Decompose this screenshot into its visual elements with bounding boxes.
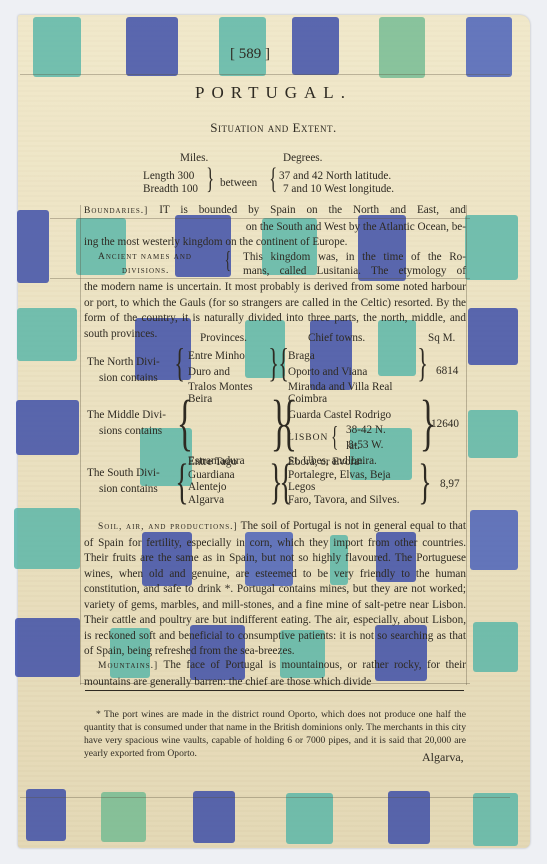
breadth-text: Breadth [143, 183, 178, 195]
province: Algarva [188, 494, 237, 507]
footnote-rule [85, 690, 464, 691]
soil-heading: Soil, air, and productions.] [98, 522, 238, 532]
watercolor-square [15, 618, 80, 677]
sq-m-value: 12640 [431, 417, 459, 433]
between-text: between [220, 176, 257, 192]
sq-m-value: 6814 [436, 364, 458, 380]
watercolor-square [465, 215, 518, 280]
chief-town: Guarda Castel Rodrigo [288, 408, 391, 424]
province: Beira [188, 392, 245, 408]
ancient-names-line: mans, called Lusitania. The etymology of [243, 264, 466, 280]
chief-town: Legos [288, 481, 400, 494]
watercolor-square [292, 17, 339, 75]
page-number: [ 589 ] [230, 46, 270, 63]
watercolor-square [470, 510, 518, 570]
provinces-header: Provinces. [200, 331, 247, 347]
catchword: Algarva, [422, 750, 464, 766]
pencil-grid-line [20, 74, 510, 75]
division-name: sions contains [87, 424, 177, 440]
division-name: The North Divi- [87, 355, 177, 371]
watercolor-square [388, 791, 430, 844]
watercolor-square [16, 400, 79, 455]
province: Guardiana [188, 469, 237, 482]
boundaries-line: IT is bounded by Spain on the North and … [159, 204, 466, 216]
boundaries-line: ing the most westerly kingdom on the con… [84, 235, 466, 251]
provinces-list: Entre Tago Guardiana Alentejo Algarva [188, 456, 237, 506]
boundaries-heading: Boundaries.] [84, 206, 148, 216]
section-heading: Situation and Extent. [0, 120, 547, 136]
watercolor-square [193, 791, 235, 843]
longitude-text: 7 and 10 West longitude. [283, 182, 394, 198]
division-name: The South Divi- [87, 466, 177, 482]
division-label: The South Divi- sion contains [87, 466, 177, 497]
watercolor-square [468, 410, 518, 458]
watercolor-square [468, 308, 518, 365]
watercolor-square [17, 308, 77, 361]
towns-list: Braga Oporto and Viana Miranda and Villa… [288, 349, 392, 396]
province: Entre Minho [188, 349, 253, 365]
division-name: sion contains [87, 482, 177, 498]
degrees-header: Degrees. [283, 151, 322, 167]
chief-towns-header: Chief towns. [308, 331, 365, 347]
chief-town: Oporto and Viana [288, 365, 392, 381]
soil-paragraph: Soil, air, and productions.] The soil of… [84, 519, 466, 660]
watercolor-square [473, 622, 518, 672]
watercolor-square [17, 210, 49, 283]
pencil-grid-line [80, 205, 81, 685]
watercolor-square [379, 17, 425, 78]
brace-icon: } [418, 456, 431, 506]
sq-m-header: Sq M. [428, 331, 455, 347]
provinces-list: Entre Minho Duro and Tralos Montes [188, 349, 253, 396]
boundaries-paragraph: Boundaries.] IT is bounded by Spain on t… [84, 203, 466, 251]
divisions-heading: divisions. [122, 264, 169, 280]
soil-text: The soil of Portugal is not in general e… [84, 520, 466, 657]
ancient-names-paragraph: the modern name is uncertain. It most pr… [84, 280, 466, 342]
footnote: * The port wines are made in the distric… [84, 708, 466, 760]
chief-town: Portalegre, Elvas, Beja [288, 469, 400, 482]
watercolor-square [14, 508, 80, 569]
brace-icon: { [174, 348, 185, 378]
brace-icon: { [225, 246, 231, 276]
mountains-paragraph: Mountains.] The face of Portugal is moun… [84, 658, 466, 690]
length-value: 300 [178, 170, 195, 182]
brace-icon: } [268, 348, 279, 378]
watercolor-square [33, 17, 81, 77]
watercolor-square [473, 793, 518, 846]
pencil-grid-line [466, 205, 467, 685]
chief-town: Braga [288, 349, 392, 365]
miles-header: Miles. [180, 151, 208, 167]
province: Alentejo [188, 481, 237, 494]
province: Duro and [188, 365, 253, 381]
brace-icon: { [331, 423, 338, 453]
pencil-grid-line [20, 797, 510, 798]
chief-town: Faro, Tavora, and Silves. [288, 494, 400, 507]
chief-town: Coimbra [288, 392, 391, 408]
watercolor-square [286, 793, 333, 844]
mountains-heading: Mountains.] [98, 661, 158, 671]
length-text: Length [143, 170, 175, 182]
boundaries-line: on the South and West by the Atlantic Oc… [84, 220, 466, 236]
division-name: The Middle Divi- [87, 408, 177, 424]
watercolor-square [126, 17, 178, 76]
page-title: PORTUGAL. [0, 83, 547, 103]
chief-town: LISBON [288, 431, 328, 447]
towns-list: Ebora, or Evora Portalegre, Elvas, Beja … [288, 456, 400, 506]
breadth-label: Breadth 100 [143, 182, 198, 198]
province: Entre Tago [188, 456, 237, 469]
brace-icon: } [206, 164, 214, 194]
brace-icon: } [417, 348, 428, 378]
watercolor-square [466, 17, 512, 77]
division-label: The Middle Divi- sions contains [87, 408, 177, 439]
chief-town: Ebora, or Evora [288, 456, 400, 469]
division-label: The North Divi- sion contains [87, 355, 177, 386]
brace-icon: { [175, 456, 188, 506]
watercolor-square [101, 792, 146, 842]
sq-m-value: 8,97 [440, 477, 460, 493]
brace-icon: { [269, 164, 277, 194]
lisbon-row: LISBON { 38-42 N. lat. 8-53 W. lon. [288, 423, 391, 454]
breadth-value: 100 [181, 183, 198, 195]
division-name: sion contains [87, 371, 177, 387]
